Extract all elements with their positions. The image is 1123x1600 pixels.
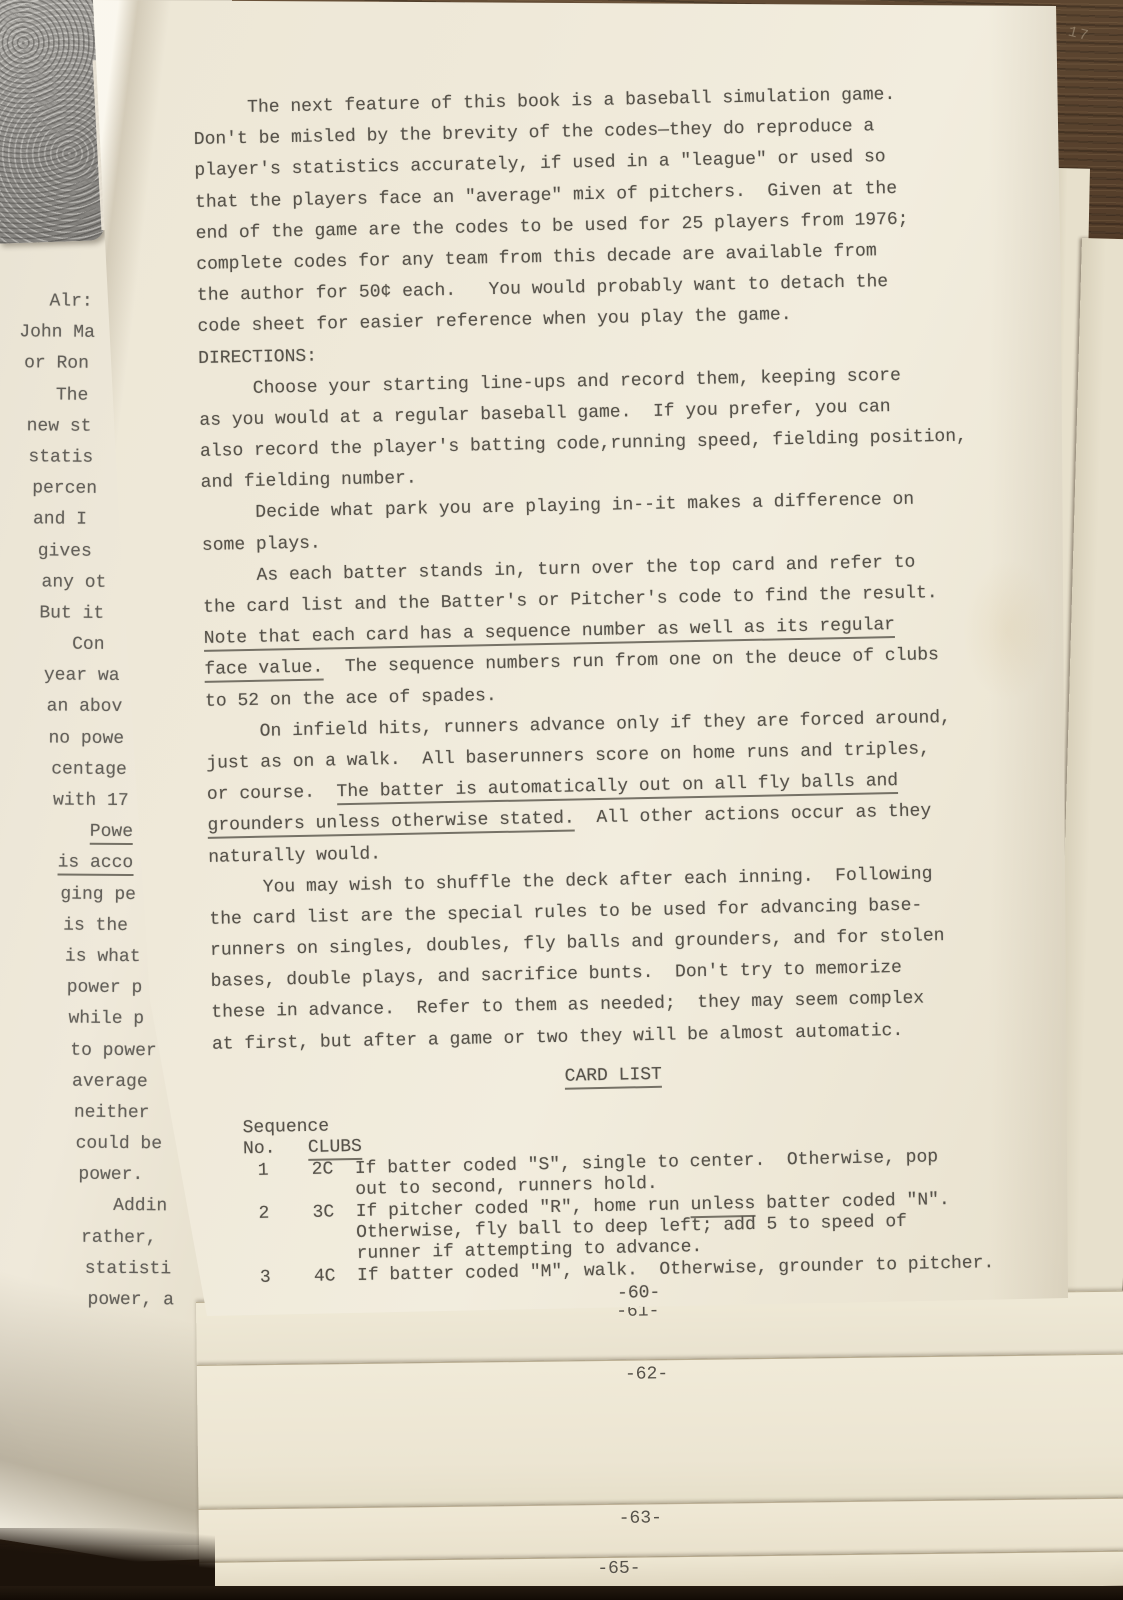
typed-text-segment: centage bbox=[51, 759, 127, 780]
typed-text-segment: face value. bbox=[204, 658, 323, 683]
desk-edge-bottom bbox=[0, 1586, 1123, 1600]
typed-text-segment: Powe bbox=[90, 822, 133, 845]
page-number: -63- bbox=[619, 1508, 662, 1529]
grey-cloth bbox=[0, 0, 104, 244]
typed-text-segment: ging pe bbox=[60, 884, 136, 905]
typed-text-segment: power p bbox=[67, 978, 143, 999]
typed-text-segment: John Ma bbox=[19, 322, 95, 343]
page-stack-bottom-edges: -61--62--63--65- bbox=[196, 1291, 1123, 1597]
typed-text-segment: batter coded "N". bbox=[755, 1190, 950, 1214]
typed-text-segment: -60- bbox=[617, 1283, 661, 1304]
typed-text-segment: neither bbox=[74, 1103, 150, 1124]
typed-text-segment: CLUBS bbox=[308, 1137, 362, 1161]
typed-text-segment: percen bbox=[32, 478, 97, 498]
typed-text-segment: is acco bbox=[58, 853, 134, 877]
typed-text-segment: power. bbox=[78, 1165, 143, 1185]
typed-text-segment: CARD LIST bbox=[564, 1065, 662, 1090]
typed-text-segment: to power bbox=[70, 1040, 157, 1061]
typed-text-segment: No. bbox=[243, 1138, 308, 1159]
typed-text-segment: no powe bbox=[48, 728, 124, 749]
typed-text-segment: average bbox=[72, 1071, 148, 1092]
typed-text-segment: while p bbox=[68, 1009, 144, 1030]
typed-line: CARD LIST bbox=[564, 1056, 1073, 1097]
typed-text-segment: with 17 bbox=[53, 790, 129, 811]
typed-text-segment: But it bbox=[39, 603, 104, 623]
typed-text-segment: Alr: bbox=[49, 291, 92, 311]
typed-text-segment: new st bbox=[27, 416, 92, 436]
typed-text-segment: an abov bbox=[47, 697, 123, 718]
typed-text-segment: statis bbox=[28, 447, 93, 467]
typed-text-segment: gives bbox=[38, 541, 92, 561]
typed-text-segment: some plays. bbox=[202, 533, 321, 555]
typed-text-segment: naturally would. bbox=[208, 844, 381, 867]
typed-text-segment: Con bbox=[72, 635, 105, 655]
page-number: -62- bbox=[625, 1364, 668, 1385]
typed-text-segment: The bbox=[56, 385, 89, 405]
typed-text-segment: and fielding number. bbox=[201, 469, 417, 493]
typed-text-segment: DIRECTIONS: bbox=[198, 346, 317, 368]
typed-text-segment: year wa bbox=[44, 666, 120, 687]
main-page-text: The next feature of this book is a baseb… bbox=[193, 82, 1077, 1314]
page-edge-strip: -62- bbox=[197, 1354, 1123, 1509]
typed-text-segment: any ot bbox=[41, 572, 106, 592]
typed-text-segment: and I bbox=[33, 510, 87, 530]
typed-text-segment: is what bbox=[65, 947, 141, 968]
typed-text-segment: is the bbox=[63, 915, 128, 935]
typed-text-segment: or course. bbox=[207, 782, 337, 805]
typed-text-segment: Sequence bbox=[242, 1116, 329, 1138]
page-number: -65- bbox=[597, 1559, 640, 1580]
typed-text-segment: or Ron bbox=[24, 354, 89, 374]
typed-text-segment: could be bbox=[76, 1134, 163, 1155]
typed-text-segment: Addin bbox=[113, 1196, 167, 1216]
photo-of-typewritten-pages: 17 Alr:John Maor RonThenew ststatisperce… bbox=[0, 0, 1123, 1600]
